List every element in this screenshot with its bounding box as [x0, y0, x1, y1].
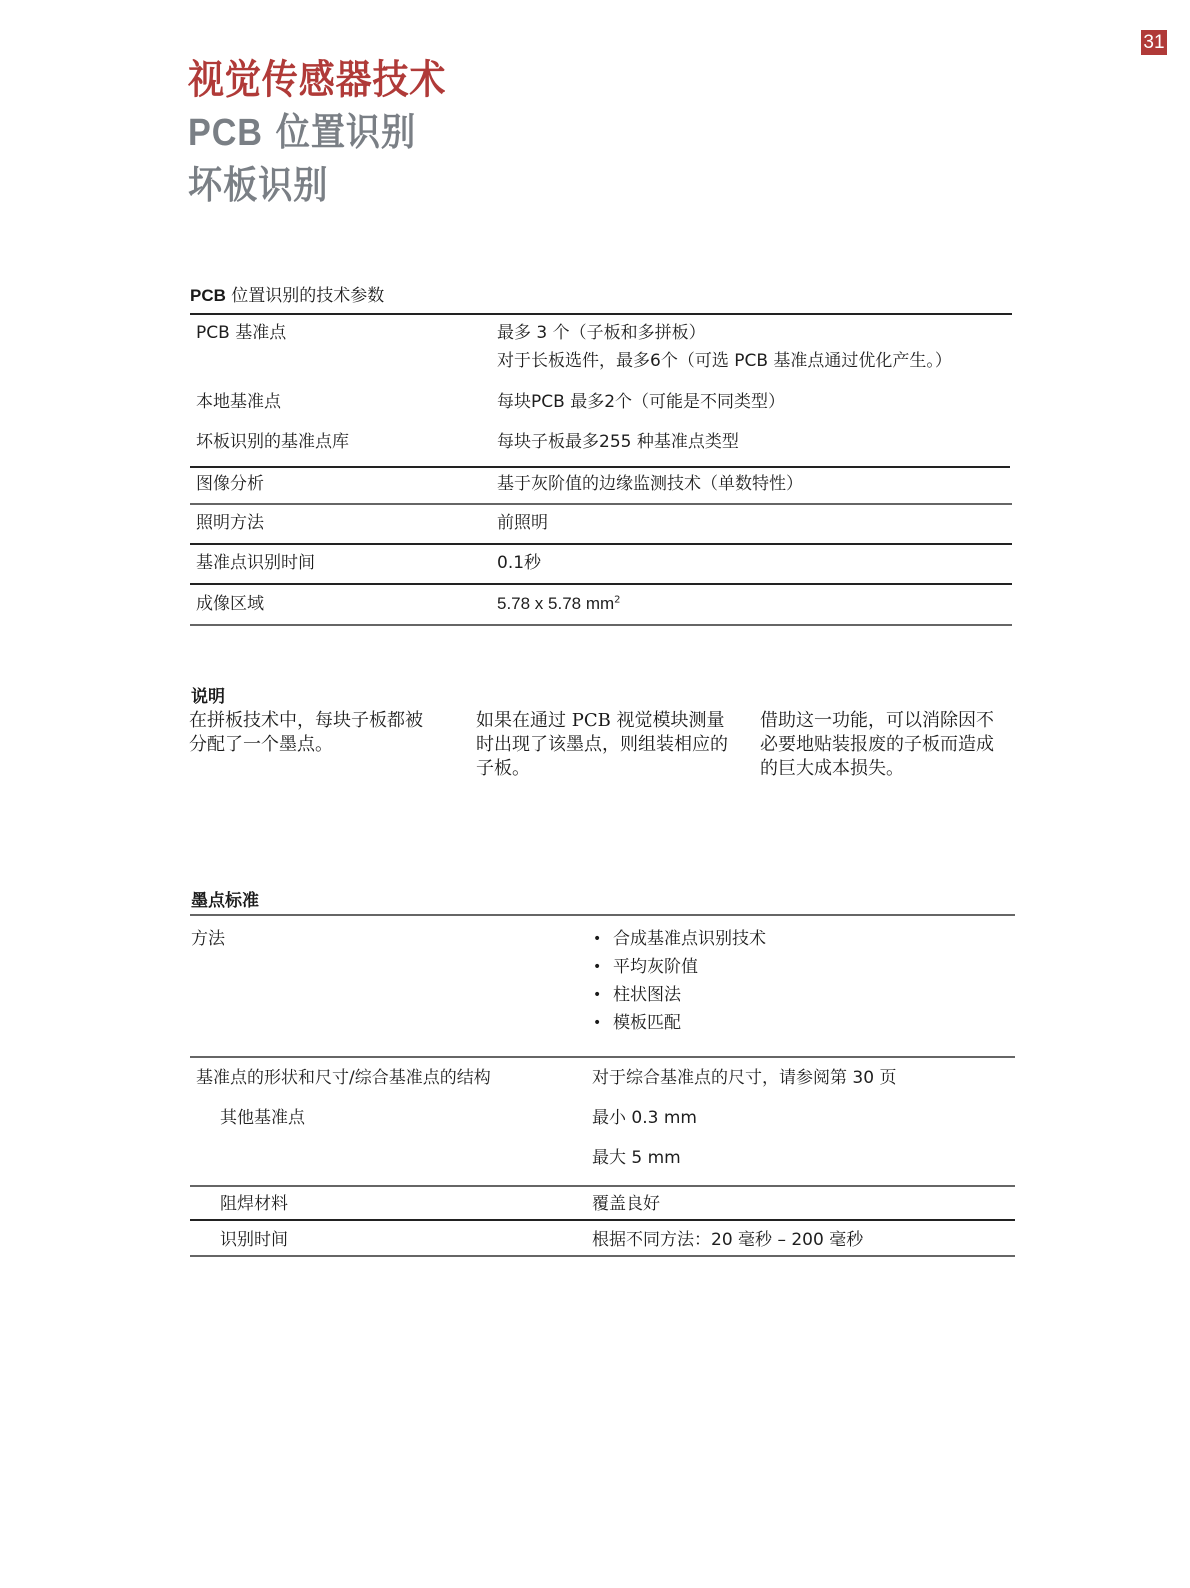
bullet-icon: •: [593, 981, 601, 1009]
params-heading: PCB 位置识别的技术参数: [190, 281, 384, 306]
recognition-time-value: 根据不同方法：20 毫秒 – 200 毫秒: [592, 1226, 863, 1254]
shape-value: 对于综合基准点的尺寸，请参阅第 30 页: [592, 1064, 896, 1092]
divider: [190, 313, 1012, 315]
superscript: 2: [614, 594, 620, 605]
other-fiducial-label: 其他基准点: [220, 1104, 305, 1132]
description-heading: 说明: [191, 682, 225, 707]
params-heading-bold: PCB: [190, 286, 226, 305]
param-label: 图像分析: [196, 470, 264, 498]
divider: [190, 503, 1012, 505]
param-label: 照明方法: [196, 509, 264, 537]
params-heading-rest: 位置识别的技术参数: [226, 286, 384, 306]
param-value: 5.78 x 5.78 mm2: [497, 590, 621, 618]
divider: [190, 624, 1012, 626]
method-item: •模板匹配: [593, 1009, 766, 1037]
description-column-2: 如果在通过 PCB 视觉模块测量时出现了该墨点，则组装相应的子板。: [476, 709, 736, 781]
page-subtitle-2: 坏板识别: [188, 159, 446, 211]
divider: [190, 1219, 1015, 1221]
param-value: 前照明: [497, 509, 548, 537]
divider: [190, 1185, 1015, 1187]
shape-label: 基准点的形状和尺寸/综合基准点的结构: [196, 1064, 491, 1092]
param-value: 每块子板最多255 种基准点类型: [497, 428, 739, 456]
divider: [190, 1255, 1015, 1257]
param-value: 每块PCB 最多2个（可能是不同类型）: [497, 388, 785, 416]
divider: [190, 543, 1012, 545]
page-subtitle-1: PCB 位置识别: [188, 106, 446, 159]
param-label: 成像区域: [196, 590, 264, 618]
param-label: 基准点识别时间: [196, 549, 315, 577]
param-value: 对于长板选件，最多6个（可选 PCB 基准点通过优化产生。）: [497, 347, 952, 375]
param-value: 最多 3 个（子板和多拼板）: [497, 319, 706, 347]
method-item: •平均灰阶值: [593, 953, 766, 981]
param-label: 本地基准点: [196, 388, 281, 416]
method-list: •合成基准点识别技术 •平均灰阶值 •柱状图法 •模板匹配: [593, 925, 766, 1037]
solder-value: 覆盖良好: [592, 1190, 660, 1218]
page-number-badge: 31: [1141, 30, 1167, 55]
bullet-icon: •: [593, 1009, 601, 1037]
divider: [190, 1056, 1015, 1058]
method-label: 方法: [191, 925, 225, 953]
subtitle-1-prefix: PCB: [188, 112, 263, 154]
divider: [190, 583, 1012, 585]
page-title: 视觉传感器技术: [188, 54, 446, 106]
description-column-3: 借助这一功能，可以消除因不必要地贴装报废的子板而造成的巨大成本损失。: [760, 709, 1010, 781]
imaging-area-value: 5.78 x 5.78 mm: [497, 594, 614, 613]
method-item: •柱状图法: [593, 981, 766, 1009]
other-fiducial-max: 最大 5 mm: [592, 1144, 681, 1172]
title-block: 视觉传感器技术 PCB 位置识别 坏板识别: [188, 54, 475, 211]
bullet-icon: •: [593, 925, 601, 953]
param-label: 坏板识别的基准点库: [196, 428, 349, 456]
param-value: 0.1秒: [497, 549, 541, 577]
other-fiducial-min: 最小 0.3 mm: [592, 1104, 697, 1132]
divider: [190, 466, 1010, 468]
subtitle-1-rest: 位置识别: [263, 109, 416, 154]
recognition-time-label: 识别时间: [220, 1226, 288, 1254]
description-column-1: 在拼板技术中，每块子板都被分配了一个墨点。: [189, 709, 424, 757]
ink-dot-heading: 墨点标准: [191, 886, 259, 911]
divider: [190, 914, 1015, 916]
param-value: 基于灰阶值的边缘监测技术（单数特性）: [497, 470, 803, 498]
solder-label: 阻焊材料: [220, 1190, 288, 1218]
param-label: PCB 基准点: [196, 319, 286, 347]
method-item: •合成基准点识别技术: [593, 925, 766, 953]
bullet-icon: •: [593, 953, 601, 981]
